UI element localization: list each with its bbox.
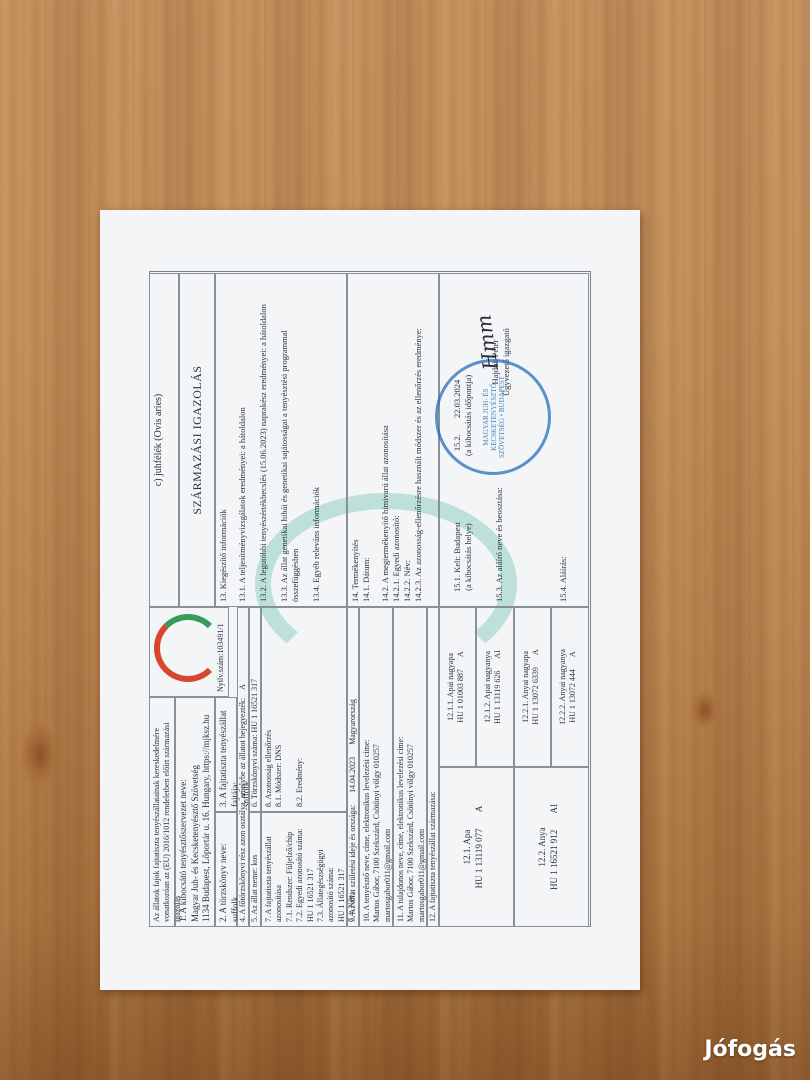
field-12-label: 12. A fajtatiszta tenyészállat származás… bbox=[428, 792, 437, 922]
field-15-1-sub: (a kibocsátás helye) bbox=[463, 522, 474, 592]
wood-knot bbox=[690, 690, 720, 730]
field-14: 14. Termékenyítés 14.1. Dátum: 14.2. A m… bbox=[347, 273, 439, 607]
field-13-label: 13. Kiegészítő információk bbox=[218, 278, 229, 602]
field-7-3-label: 7.3. Állategészségügyi azonosító száma: bbox=[316, 817, 337, 922]
certificate-content: Az állatok fajok fajtatiszta tenyészálla… bbox=[135, 255, 605, 945]
sire-sire-label: 12.1.1. Apai nagyapa bbox=[446, 612, 456, 762]
stamp-text: MAGYAR JUH- ÉS KECSKETENYÉSZTŐ SZÖVETSÉG… bbox=[482, 362, 506, 472]
sire-class: A bbox=[474, 806, 484, 813]
field-14-2-2: 14.2.2. Név: bbox=[402, 278, 413, 602]
field-8-2: 8.2. Eredmény: bbox=[295, 612, 305, 807]
field-10: 10. A tenyésztő neve, címe, elektronikus… bbox=[359, 607, 393, 927]
field-15-4: 15.4. Aláírás: bbox=[558, 556, 569, 602]
field-5-value: kos bbox=[250, 855, 259, 866]
header-note: Az állatok fajok fajtatiszta tenyészálla… bbox=[149, 697, 175, 927]
title-cell: SZÁRMAZÁSI IGAZOLÁS bbox=[179, 273, 215, 607]
species: c) juhfélék (Ovis aries) bbox=[153, 394, 164, 486]
field-14-2: 14.2. A megtermékenyítő hímivarú állat a… bbox=[380, 278, 391, 602]
field-8-1: 8.1. Módszer: DNS bbox=[274, 612, 284, 807]
issue-place: 15.1. Kelt: Budapest (a kibocsátás helye… bbox=[452, 522, 474, 592]
field-8: 8. Azonosság ellenőrzés 8.1. Módszer: DN… bbox=[261, 607, 347, 812]
field-13-1: 13.1. A teljesítményvizsgálatok eredmény… bbox=[237, 278, 248, 602]
dam-label: 12.2. Anya bbox=[537, 772, 549, 922]
field-15-3: 15.3. Az aláíró neve és beosztása: bbox=[494, 488, 505, 602]
logo-cell: Nyilv.szám:103491/1 bbox=[149, 607, 229, 697]
registry-number: Nyilv.szám:103491/1 bbox=[216, 623, 226, 692]
field-8-label: 8. Azonosság ellenőrzés bbox=[264, 612, 274, 807]
field-4-label: 4. A főtörzskönyvi rész azon osztálya, a… bbox=[238, 698, 247, 922]
wood-knot bbox=[20, 720, 60, 790]
field-4-value: A bbox=[238, 684, 247, 690]
dam-sire-class: A bbox=[531, 649, 540, 655]
field-12: 12. A fajtatiszta tenyészállat származás… bbox=[427, 607, 439, 927]
field-5: 5. Az állat neme: kos bbox=[249, 812, 261, 927]
field-7-2-label: 7.2. Egyedi azonosító száma: bbox=[295, 817, 305, 922]
page-title: SZÁRMAZÁSI IGAZOLÁS bbox=[190, 365, 204, 514]
species-cell: c) juhfélék (Ovis aries) bbox=[149, 273, 179, 607]
field-13-3: 13.3. Az állat genetikai hibái és geneti… bbox=[279, 278, 301, 602]
field-7-1: 7.1. Rendszer: Füljelző/chip bbox=[285, 817, 295, 922]
field-1-value: Magyar Juh- és Kecsketenyésztő Szövetség bbox=[190, 702, 202, 922]
pedigree-dam-dam: 12.2.2. Anyai nagyanya HU 1 13072 444 A bbox=[551, 607, 589, 767]
field-9-date: 14.04.2023 bbox=[348, 757, 357, 793]
field-7-3-value: HU 1 16521 317 bbox=[337, 817, 347, 922]
dam-dam-id: HU 1 13072 444 bbox=[568, 669, 577, 723]
dam-dam-class: A bbox=[568, 651, 577, 657]
pedigree-dam: 12.2. Anya HU 1 16521 912 AI bbox=[514, 767, 589, 927]
field-5-label: 5. Az állat neme: bbox=[250, 868, 259, 922]
pedigree-sire-dam: 12.1.2. Apai nagyanya HU 1 13119 626 AI bbox=[476, 607, 514, 767]
field-14-1: 14.1. Dátum: bbox=[361, 278, 372, 602]
dam-dam-label: 12.2.2. Anyai nagyanya bbox=[558, 612, 568, 762]
field-3: 3. A fajtatiszta tenyészállat fajtája: s… bbox=[215, 697, 237, 812]
field-14-label: 14. Termékenyítés bbox=[350, 278, 361, 602]
field-13: 13. Kiegészítő információk 13.1. A telje… bbox=[215, 273, 347, 607]
field-6: 6. Törzskönyvi száma: HU 1 16521 317 bbox=[249, 607, 261, 812]
field-9: 9. Az állat születési ideje és országa: … bbox=[347, 607, 359, 927]
field-1-address: 1134 Budapest, Lőportár u. 16. Hungary, … bbox=[201, 702, 213, 922]
pedigree-sire-sire: 12.1.1. Apai nagyapa HU 1 01003 887 A bbox=[439, 607, 476, 767]
field-10-value: Martos Gábor, 7100 Szekszárd, Csötönyi v… bbox=[372, 612, 382, 922]
field-1: 1. A kibocsátó tenyésztőszervezet neve: … bbox=[175, 697, 215, 927]
field-6-value: HU 1 16521 317 bbox=[250, 679, 259, 733]
association-logo bbox=[154, 614, 222, 682]
field-7-label: 7. A fajtatiszta tenyészállat azonosítás… bbox=[264, 817, 285, 922]
field-11-label: 11. A tulajdonos neve, címe, elektroniku… bbox=[396, 612, 406, 922]
field-6-label: 6. Törzskönyvi száma: bbox=[250, 734, 259, 807]
field-7: 7. A fajtatiszta tenyészállat azonosítás… bbox=[261, 812, 347, 927]
sire-sire-id: HU 1 01003 887 bbox=[456, 669, 465, 723]
dam-id: HU 1 16521 912 bbox=[549, 830, 559, 890]
sire-id: HU 1 13119 077 bbox=[474, 828, 484, 888]
field-10-label: 10. A tenyésztő neve, címe, elektronikus… bbox=[362, 612, 372, 922]
field-7-2-value: HU 1 16521 317 bbox=[306, 817, 316, 922]
sire-label: 12.1. Apa bbox=[462, 772, 474, 922]
field-10-email: martosgabor011@gmail.com bbox=[383, 612, 393, 922]
sire-dam-label: 12.1.2. Apai nagyanya bbox=[483, 612, 493, 762]
field-11: 11. A tulajdonos neve, címe, elektroniku… bbox=[393, 607, 427, 927]
field-4: 4. A főtörzskönyvi rész azon osztálya, a… bbox=[237, 607, 249, 927]
field-1-label: 1. A kibocsátó tenyésztőszervezet neve: bbox=[178, 702, 190, 922]
sire-dam-class: AI bbox=[493, 650, 502, 658]
sire-sire-class: A bbox=[456, 651, 465, 657]
field-11-value: Martos Gábor, 7100 Szekszárd, Csötönyi v… bbox=[406, 612, 416, 922]
site-watermark: Jófogás bbox=[704, 1037, 796, 1062]
field-13-4: 13.4. Egyéb releváns információk bbox=[311, 278, 322, 602]
pedigree-sire: 12.1. Apa HU 1 13119 077 A bbox=[439, 767, 514, 927]
sire-dam-id: HU 1 13119 626 bbox=[493, 671, 502, 724]
official-stamp: MAGYAR JUH- ÉS KECSKETENYÉSZTŐ SZÖVETSÉG… bbox=[435, 359, 551, 475]
dam-class: AI bbox=[549, 804, 559, 814]
field-14-2-3: 14.2.3. Az azonosság-ellenőrzésre haszná… bbox=[413, 278, 424, 602]
field-11-email: martosgabor011@gmail.com bbox=[417, 612, 427, 922]
field-15-1-label: 15.1. Kelt: Budapest bbox=[452, 522, 463, 592]
dam-sire-label: 12.2.1. Anyai nagyapa bbox=[521, 612, 531, 762]
pedigree-certificate: Az állatok fajok fajtatiszta tenyészálla… bbox=[100, 210, 640, 990]
field-9-country: Magyarország bbox=[348, 699, 357, 745]
field-9-label: 9. Az állat születési ideje és országa: bbox=[348, 805, 357, 922]
pedigree-dam-sire: 12.2.1. Anyai nagyapa HU 1 13072 6339 A bbox=[514, 607, 551, 767]
field-2-label: 2. A törzskönyv neve: bbox=[218, 817, 230, 922]
field-2: 2. A törzskönyv neve: suffolk bbox=[215, 812, 237, 927]
field-13-2: 13.2. A legutóbbi tenyészértékbecslés (1… bbox=[258, 278, 269, 602]
dam-sire-id: HU 1 13072 6339 bbox=[531, 667, 540, 725]
field-14-2-1: 14.2.1. Egyedi azonosító: bbox=[391, 278, 402, 602]
